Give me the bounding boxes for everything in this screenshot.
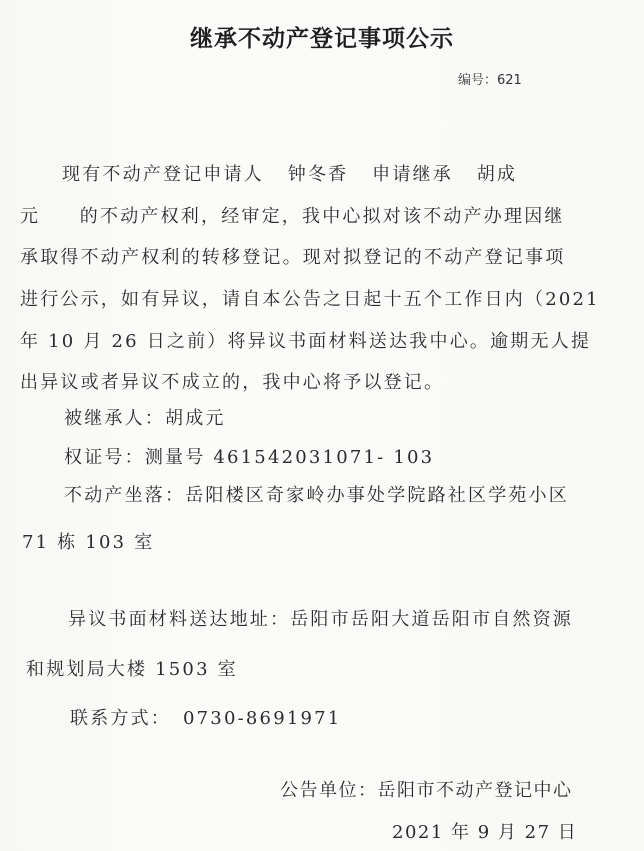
location-value-line1: 岳阳楼区奇家岭办事处学院路社区学苑小区 xyxy=(185,485,569,506)
serial-number: 编号：621 xyxy=(458,69,522,88)
decedent-label: 被继承人： xyxy=(64,408,165,429)
decedent-field: 被继承人：胡成元 xyxy=(64,404,226,430)
body-line-1: 现有不动产登记申请人 钟冬香 申请继承 胡成 xyxy=(62,160,517,186)
location-value-line2: 71 栋 103 室 xyxy=(22,528,154,554)
objection-address-line2: 和规划局大楼 1503 室 xyxy=(26,655,238,681)
serial-value: 621 xyxy=(497,73,522,88)
objection-address-line1: 岳阳市岳阳大道岳阳市自然资源 xyxy=(290,609,573,630)
contact-field: 联系方式：0730-8691971 xyxy=(70,704,341,730)
certificate-field: 权证号：测量号 461542031071- 103 xyxy=(64,443,434,469)
objection-address-field: 异议书面材料送达地址：岳阳市岳阳大道岳阳市自然资源 xyxy=(68,605,573,631)
issue-date: 2021 年 9 月 27 日 xyxy=(392,818,577,844)
issuer-value: 岳阳市不动产登记中心 xyxy=(378,780,573,801)
body-line-4: 进行公示，如有异议，请自本公告之日起十五个工作日内（2021 xyxy=(20,285,600,311)
contact-label: 联系方式： xyxy=(70,708,171,729)
location-label: 不动产坐落： xyxy=(64,485,185,506)
issuer-field: 公告单位：岳阳市不动产登记中心 xyxy=(280,776,573,802)
decedent-value: 胡成元 xyxy=(165,408,226,429)
issuer-label: 公告单位： xyxy=(280,780,378,801)
document-page: 继承不动产登记事项公示 编号：621 现有不动产登记申请人 钟冬香 申请继承 胡… xyxy=(0,0,644,851)
body-line-6: 出异议或者异议不成立的，我中心将予以登记。 xyxy=(20,368,444,394)
objection-address-label: 异议书面材料送达地址： xyxy=(68,609,290,630)
body-line-5: 年 10 月 26 日之前）将异议书面材料送达我中心。逾期无人提 xyxy=(20,327,591,353)
body-line-2: 元 的不动产权利，经审定，我中心拟对该不动产办理因继 xyxy=(20,202,565,228)
document-title: 继承不动产登记事项公示 xyxy=(0,20,644,53)
body-line-3: 承取得不动产权利的转移登记。现对拟登记的不动产登记事项 xyxy=(20,243,565,269)
certificate-label: 权证号： xyxy=(64,447,145,468)
contact-value: 0730-8691971 xyxy=(183,708,341,729)
location-field: 不动产坐落：岳阳楼区奇家岭办事处学院路社区学苑小区 xyxy=(64,481,569,507)
serial-label: 编号： xyxy=(458,73,497,88)
certificate-value: 测量号 461542031071- 103 xyxy=(145,447,435,468)
